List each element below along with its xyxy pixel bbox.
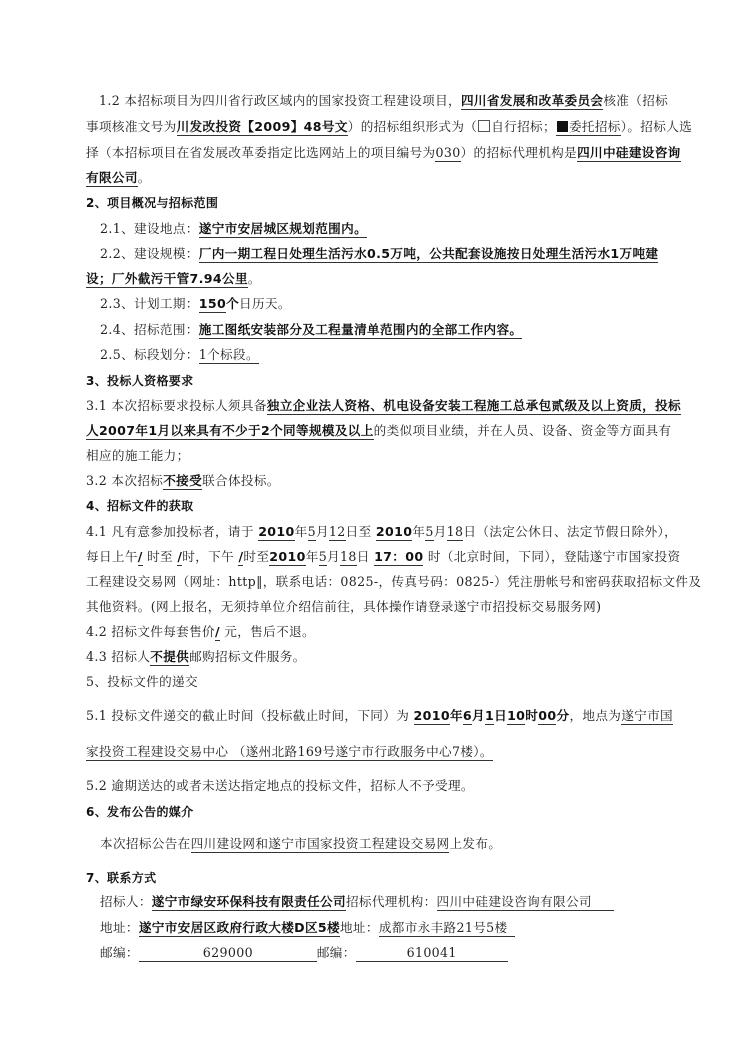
para-5-2: 5.2 逾期送达的或者未送达指定地点的投标文件，招标人不予受理。: [86, 778, 474, 794]
tenderer-name: 遂宁市绿安环保科技有限责任公司: [152, 894, 346, 911]
label: 邮编：: [100, 945, 139, 960]
text: 1.2 本招标项目为四川省行政区域内的国家投资工程建设项目，: [99, 93, 461, 108]
submit-month: 6: [463, 708, 472, 725]
text: 日: [357, 549, 370, 564]
text: 5.1 投标文件递交的截止时间（投标截止时间，下同）为: [86, 708, 409, 723]
text: 时: [525, 708, 538, 723]
text: 3.2 本次招标: [86, 473, 163, 488]
section-4-heading: 4、招标文件的获取: [86, 498, 194, 514]
text: ）的招标组织形式为（: [348, 119, 477, 134]
text: 日（法定公休日、法定节假日除外），: [463, 524, 677, 539]
checkbox-checked-icon: [557, 121, 568, 132]
submit-hour: 10: [507, 708, 525, 725]
para-3-1-line3: 相应的施工能力；: [86, 448, 190, 464]
start-year: 2010: [258, 524, 294, 541]
section-5-heading: 5、投标文件的递交: [86, 674, 198, 690]
start-day: 12: [329, 524, 346, 541]
para-1-2-line2: 事项核准文号为川发改投资【2009】48号文）的招标组织形式为（自行招标；委托招…: [86, 119, 692, 135]
deadline-month: 5: [319, 549, 327, 566]
deadline-time: 17：00: [374, 549, 423, 566]
para-3-1-line1: 3.1 本次招标要求投标人须具备独立企业法人资格、机电设备安装工程施工总承包贰级…: [86, 398, 681, 414]
start-month: 5: [308, 524, 316, 541]
text: 。: [248, 271, 261, 286]
deadline-day: 18: [340, 549, 357, 566]
tenderer-address: 遂宁市安居区政府行政大楼D区5楼: [139, 920, 340, 937]
text: 日至: [346, 524, 372, 539]
submit-day: 1: [485, 708, 494, 725]
text: 日历天。: [239, 296, 291, 311]
para-4-1-line4: 其他资料。(网上报名，无须持单位介绍信前往，具体操作请登录遂宁市招投标交易服务网…: [86, 599, 601, 615]
approver: 四川省发展和改革委员会: [461, 93, 603, 110]
construction-scale: 设；厂外截污干管7.94公里: [86, 271, 248, 288]
text: 的类似项目业绩，并在人员、设备、资金等方面具有: [374, 423, 672, 438]
text: 月: [316, 524, 329, 539]
label: 邮编：: [317, 945, 356, 960]
planned-duration: 150: [199, 296, 226, 313]
para-4-1-line3: 工程建设交易网（网址：http‖，联系电话：0825-，传真号码：0825-）凭…: [86, 574, 701, 590]
text: ）的招标代理机构是: [461, 145, 578, 160]
construction-site: 遂宁市安居城区规划范围内。: [199, 221, 367, 238]
approval-doc-number: 川发改投资【2009】48号文: [177, 119, 348, 136]
publication-media: 四川建设网和遂宁市国家投资工程建设交易网: [191, 836, 450, 853]
text: 年: [295, 524, 308, 539]
option-entrusted-tender: 委托招标: [569, 119, 621, 134]
para-4-1-line2: 每日上午/ 时至 /时，下午 /时至2010年5月18日 17：00 时（北京时…: [86, 549, 680, 565]
text: 月: [472, 708, 485, 723]
text: 3.1 本次招标要求投标人须具备: [86, 398, 267, 413]
mail-order-policy: 不提供: [150, 649, 189, 666]
section-6-heading: 6、发布公告的媒介: [86, 804, 194, 820]
submit-minute: 00: [538, 708, 556, 725]
label: 2.5、标段划分：: [100, 347, 199, 362]
text: 时至: [147, 549, 173, 564]
document-page: 1.2 本招标项目为四川省行政区域内的国家投资工程建设项目，四川省发展和改革委员…: [0, 0, 744, 1052]
submission-place: 遂宁市国: [621, 708, 673, 725]
agency-name: 四川中硅建设咨询: [577, 145, 681, 162]
consortium-policy: 不接受: [163, 473, 202, 490]
para-3-1-line2: 人2007年1月以来具有不少于2个同等规模及以上的类似项目业绩，并在人员、设备、…: [86, 423, 671, 439]
text: 每日上午: [86, 549, 138, 564]
text: 元，售后不退。: [224, 624, 315, 639]
section-7-heading: 7、联系方式: [86, 870, 156, 886]
label: 招标代理机构：: [346, 894, 437, 909]
end-month: 5: [425, 524, 433, 541]
para-5-1-line2: 家投资工程建设交易中心 （遂州北路169号遂宁市行政服务中心7楼）。: [86, 744, 493, 760]
text: 月: [434, 524, 447, 539]
agency-name: 有限公司: [86, 170, 138, 187]
item-2-2-cont: 设；厂外截污干管7.94公里。: [86, 271, 261, 287]
contact-address: 地址：遂宁市安居区政府行政大楼D区5楼地址：成都市永丰路21号5楼: [100, 920, 515, 936]
text: 联合体投标。: [202, 473, 280, 488]
text: 年: [412, 524, 425, 539]
text: 年: [450, 708, 463, 723]
label: 2.3、计划工期：: [100, 296, 199, 311]
tender-scope: 施工图纸安装部分及工程量清单范围内的全部工作内容。: [199, 322, 523, 339]
end-year: 2010: [376, 524, 412, 541]
text: 4.2 招标文件每套售价: [86, 624, 215, 639]
para-4-2: 4.2 招标文件每套售价/ 元，售后不退。: [86, 624, 315, 640]
text: 分: [556, 708, 569, 723]
project-number: 030: [435, 145, 460, 162]
text: 上发布。: [449, 836, 501, 851]
label: 2.2、建设规模：: [100, 246, 199, 261]
checkbox-unchecked-icon: [478, 120, 490, 132]
deadline-year: 2010: [269, 549, 305, 566]
para-5-1-line1: 5.1 投标文件递交的截止时间（投标截止时间，下同）为 2010年6月1日10时…: [86, 708, 673, 724]
construction-scale: 厂内一期工程日处理生活污水0.5万吨，公共配套设施按日处理生活污水1万吨建: [199, 246, 659, 263]
text: 邮购招标文件服务。: [189, 649, 306, 664]
section-2-heading: 2、项目概况与招标范围: [86, 195, 218, 211]
qualification: 人2007年1月以来具有不少于2个同等规模及以上: [86, 423, 374, 440]
label: 招标人：: [100, 894, 152, 909]
para-1-2-line3: 择（本招标项目在省发展改革委指定比选网站上的项目编号为030）的招标代理机构是四…: [86, 145, 681, 161]
text: 年: [306, 549, 319, 564]
text: 日: [494, 708, 507, 723]
para-6: 本次招标公告在四川建设网和遂宁市国家投资工程建设交易网上发布。: [100, 836, 501, 852]
submission-place: 家投资工程建设交易中心 （遂州北路169号遂宁市行政服务中心7楼）。: [86, 744, 493, 761]
submit-year: 2010: [414, 708, 450, 725]
am-start: /: [138, 549, 143, 566]
text: 事项核准文号为: [86, 119, 177, 134]
text: 时（北京时间，下同），登陆遂宁市国家投资: [428, 549, 681, 564]
item-2-5: 2.5、标段划分：1个标段。: [100, 347, 259, 363]
label: 地址：: [100, 920, 139, 935]
text: 4.3 招标人: [86, 649, 150, 664]
text: 。: [138, 170, 151, 185]
para-4-3: 4.3 招标人不提供邮购招标文件服务。: [86, 649, 306, 665]
document-price: /: [215, 624, 220, 641]
label: 2.1、建设地点：: [100, 221, 199, 236]
text: 核准（招标: [603, 93, 668, 108]
qualification: 独立企业法人资格、机电设备安装工程施工总承包贰级及以上资质，投标: [267, 398, 681, 415]
label: 2.4、招标范围：: [100, 322, 199, 337]
lot-division: 1个标段。: [199, 347, 259, 364]
section-3-heading: 3、投标人资格要求: [86, 373, 194, 389]
item-2-3: 2.3、计划工期：150个日历天。: [100, 296, 291, 312]
text: ，地点为: [569, 708, 621, 723]
label: 地址：: [340, 920, 379, 935]
agency-zip: 610041: [356, 945, 508, 962]
text: ）。招标人选: [621, 119, 692, 134]
end-day: 18: [447, 524, 464, 541]
para-1-2-line1: 1.2 本招标项目为四川省行政区域内的国家投资工程建设项目，四川省发展和改革委员…: [99, 93, 668, 109]
text: 择（本招标项目在省发展改革委指定比选网站上的项目编号为: [86, 145, 435, 160]
text: 本次招标公告在: [100, 836, 191, 851]
para-3-2: 3.2 本次招标不接受联合体投标。: [86, 473, 280, 489]
agency-address: 成都市永丰路21号5楼: [379, 920, 516, 937]
item-2-4: 2.4、招标范围：施工图纸安装部分及工程量清单范围内的全部工作内容。: [100, 322, 522, 338]
text: 个: [226, 296, 239, 311]
tenderer-zip: 629000: [139, 945, 317, 962]
option-self-tender: 自行招标；: [491, 119, 556, 134]
item-2-2: 2.2、建设规模：厂内一期工程日处理生活污水0.5万吨，公共配套设施按日处理生活…: [100, 246, 658, 262]
para-1-2-line4: 有限公司。: [86, 170, 151, 186]
para-4-1-line1: 4.1 凡有意参加投标者，请于 2010年5月12日至 2010年5月18日（法…: [86, 524, 677, 540]
contact-tenderer: 招标人：遂宁市绿安环保科技有限责任公司招标代理机构：四川中硅建设咨询有限公司: [100, 894, 614, 910]
item-2-1: 2.1、建设地点：遂宁市安居城区规划范围内。: [100, 221, 367, 237]
text: 时，下午: [182, 549, 234, 564]
contact-zip: 邮编：629000邮编：610041: [100, 945, 508, 962]
text: 月: [327, 549, 340, 564]
text: 4.1 凡有意参加投标者，请于: [86, 524, 254, 539]
agency-name: 四川中硅建设咨询有限公司: [437, 894, 614, 911]
text: 时至: [243, 549, 269, 564]
